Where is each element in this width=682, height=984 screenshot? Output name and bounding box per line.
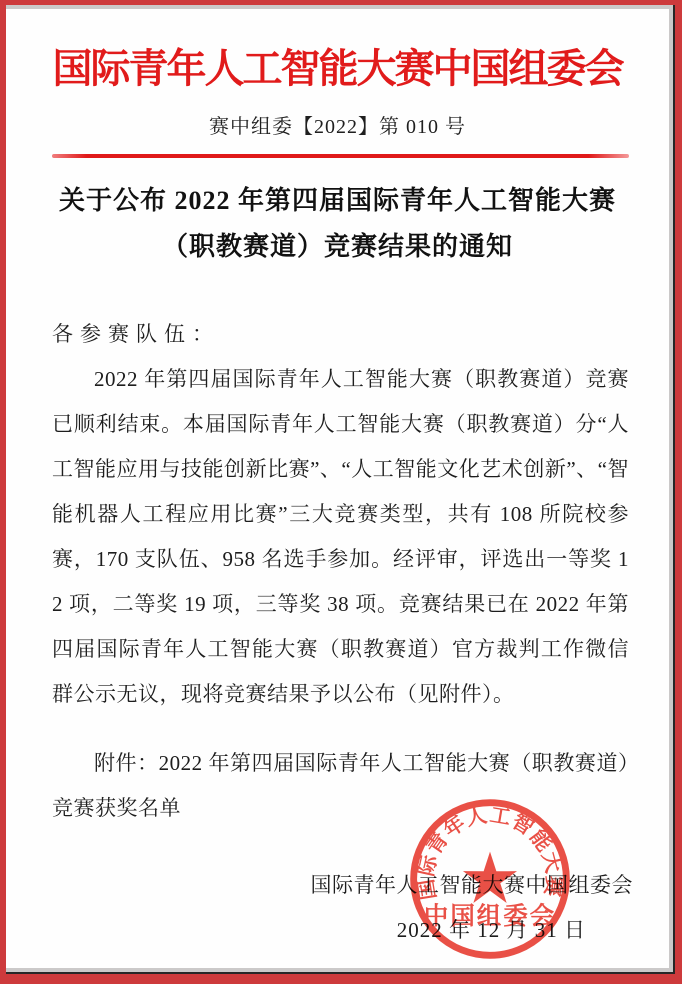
document-number: 赛中组委【2022】第 010 号 <box>6 113 669 141</box>
salutation: 各参赛队伍： <box>52 312 629 357</box>
seal-bottom-text: 中国组委会 <box>424 901 556 930</box>
notice-body: 各参赛队伍： 2022 年第四届国际青年人工智能大赛（职教赛道）竞赛已顺利结束。… <box>52 312 629 831</box>
notice-title-line2: （职教赛道）竞赛结果的通知 <box>6 224 669 270</box>
body-paragraph: 2022 年第四届国际青年人工智能大赛（职教赛道）竞赛已顺利结束。本届国际青年人… <box>52 357 629 717</box>
seal-star-icon <box>463 852 517 903</box>
notice-document: 国际青年人工智能大赛中国组委会 赛中组委【2022】第 010 号 关于公布 2… <box>0 0 682 984</box>
official-seal: 国际青年人工智能大赛 中国组委会 <box>397 786 583 972</box>
red-divider-rule <box>52 154 629 158</box>
org-header-title: 国际青年人工智能大赛中国组委会 <box>6 39 669 99</box>
notice-title-line1: 关于公布 2022 年第四届国际青年人工智能大赛 <box>6 178 669 224</box>
notice-title: 关于公布 2022 年第四届国际青年人工智能大赛 （职教赛道）竞赛结果的通知 <box>6 178 669 270</box>
